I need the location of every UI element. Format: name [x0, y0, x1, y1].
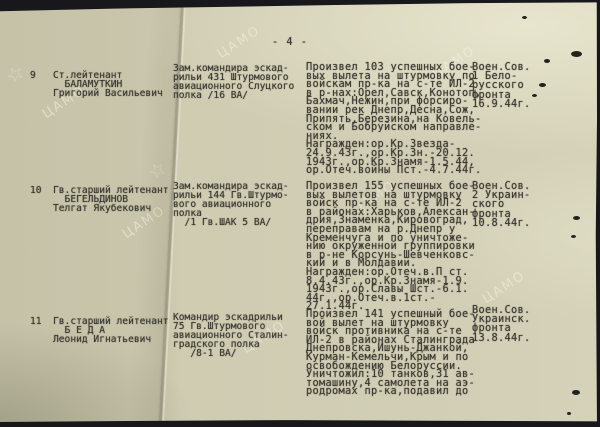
combat-record-cell: Произвел 141 успешный бое- вой вылет на … — [306, 310, 475, 396]
award-authority-cell: Воен.Сов. 2 Украин- ского фронта 10.8.44… — [472, 182, 531, 228]
paper-stain — [532, 94, 537, 97]
recipient-name-cell: Гв.старший лейтенант БЕГЕЛЬДИНОВ Телгат … — [53, 186, 169, 213]
scan-edge-right — [595, 0, 600, 427]
document-scan: ЦАМО ЦАМО ЦАМО ЦАМО ЦАМО ЦАМО ЦАМО ☆ ☆ ☆… — [0, 0, 600, 427]
paper-stain — [522, 16, 527, 19]
award-authority-cell: Воен.Сов. 1 Бело- русского фронта 16.9.4… — [472, 63, 531, 109]
star-watermark-icon: ☆ — [1, 59, 29, 89]
position-cell: Зам.командира эскад- рильи 431 Штурмовог… — [173, 64, 294, 100]
paper-stain — [571, 235, 576, 238]
paper-page: ЦАМО ЦАМО ЦАМО ЦАМО ЦАМО ЦАМО ЦАМО ☆ ☆ ☆… — [0, 0, 600, 427]
recipient-name-cell: Гв.старший лейтенант Б Е Д А Леонид Игна… — [53, 317, 169, 344]
award-authority-cell: Воен.Сов. Украинск. фронта 13.8.44г. — [472, 306, 531, 343]
recipient-name-cell: Ст.лейтенант БАЛАМУТКИН Григорий Василье… — [53, 71, 163, 98]
row-number: 10 — [30, 186, 42, 195]
watermark: ЦАМО — [480, 268, 529, 307]
combat-record-cell: Произвел 103 успешных бое- вых вылета на… — [306, 63, 481, 175]
row-number: 11 — [30, 317, 42, 326]
scan-edge-bottom — [0, 419, 600, 427]
paper-stain — [539, 83, 546, 87]
paper-stain — [567, 412, 571, 415]
paper-stain — [572, 390, 580, 395]
position-cell: Командир эскадрильи 75 Гв.Штурмового ави… — [173, 313, 289, 358]
row-number: 9 — [30, 71, 36, 80]
combat-record-cell: Произвел 155 успешных бое- вых вылетов н… — [306, 182, 475, 311]
watermark: ЦАМО — [215, 23, 264, 62]
paper-stain — [573, 216, 580, 220]
page-number: - 4 - — [272, 36, 308, 48]
position-cell: Зам.командира эскад- рильи 144 Гв.Штурмо… — [173, 182, 289, 227]
paper-stain — [544, 59, 550, 63]
paper-stain — [571, 51, 582, 57]
scan-edge-top — [0, 0, 600, 12]
